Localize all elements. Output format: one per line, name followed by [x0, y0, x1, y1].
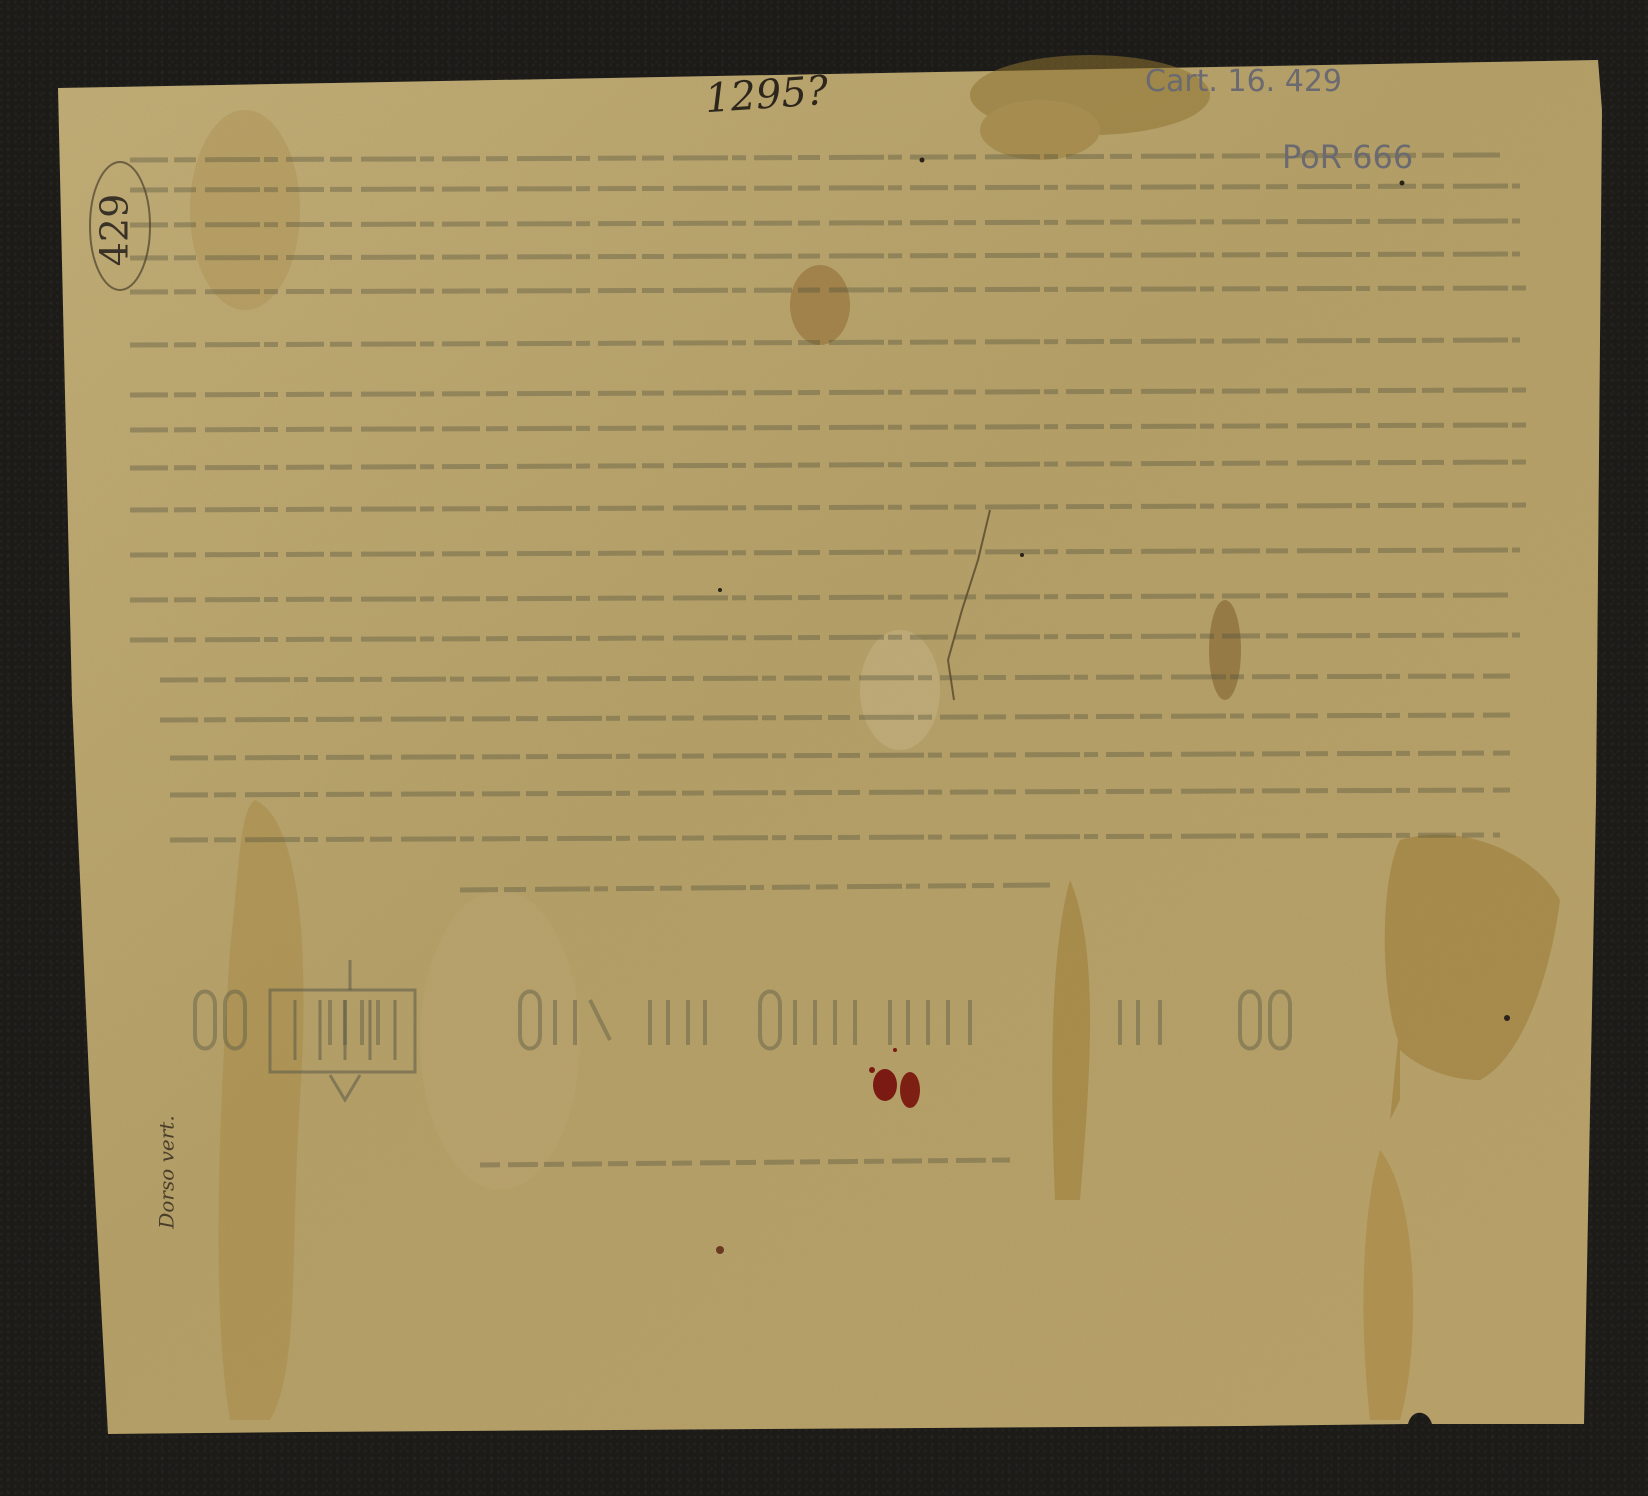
archive-number-top: 1295?: [704, 68, 830, 122]
margin-note-vertical: Dorso vert.: [155, 1115, 179, 1228]
circled-catalog-number: 429: [92, 194, 136, 267]
cartulary-reference: Cart. 16. 429: [1145, 64, 1342, 99]
parchment-sheet: [0, 0, 1648, 1496]
por-reference: PoR 666: [1282, 138, 1413, 176]
